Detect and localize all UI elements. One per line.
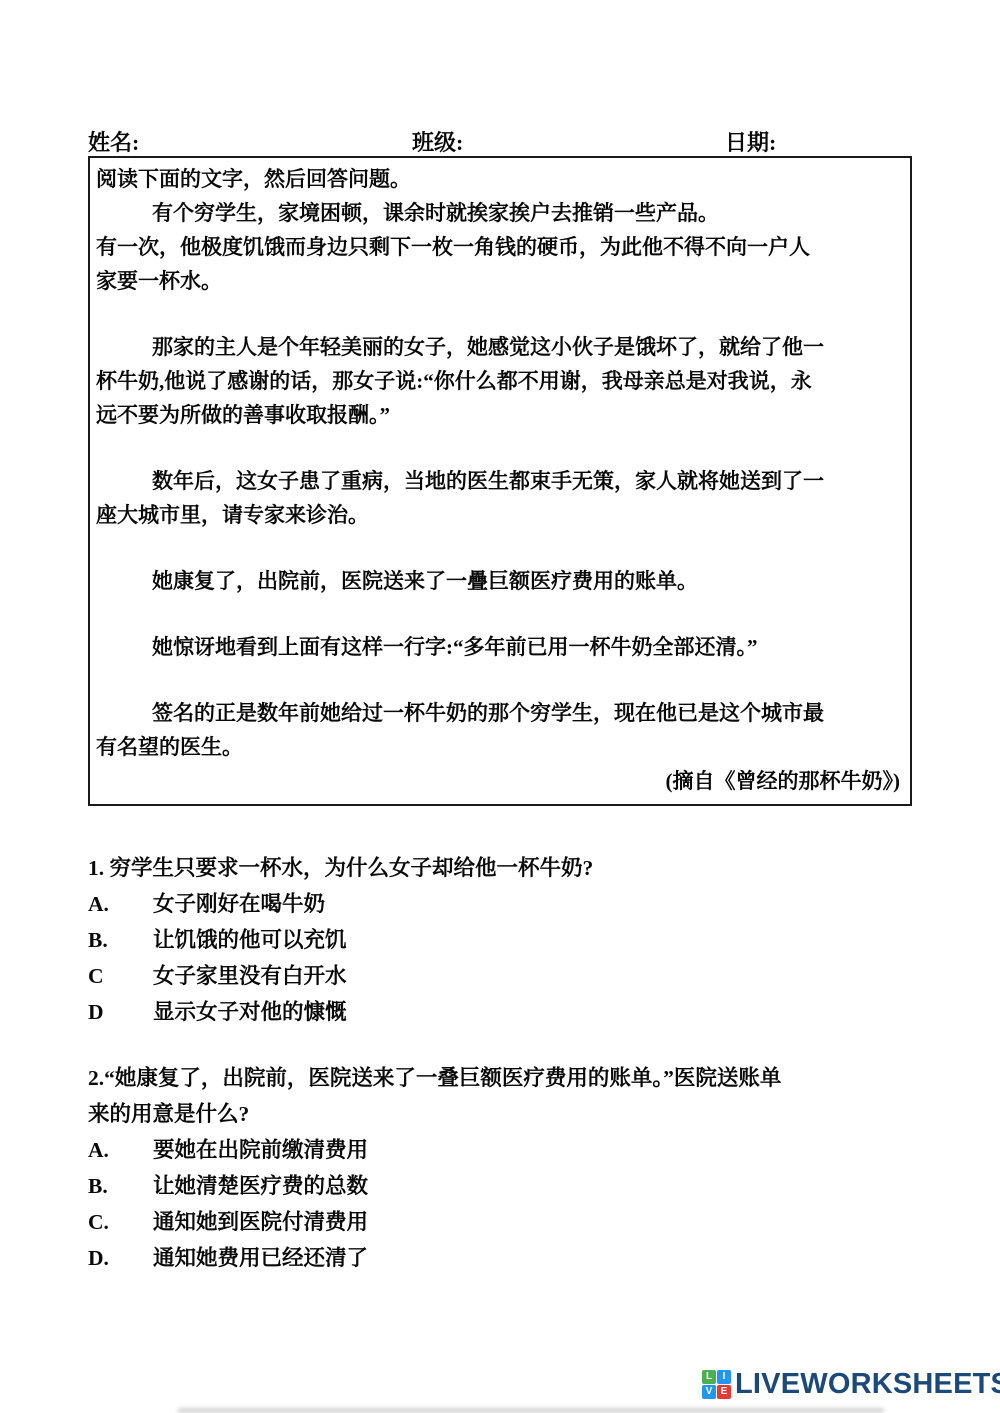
reading-passage-box: 阅读下面的文字，然后回答问题。 有个穷学生，家境困顿，课余时就挨家挨户去推销一些… <box>88 156 912 806</box>
liveworksheets-wordmark: LIVEWORKSHEETS <box>735 1368 1000 1401</box>
passage-line: 杯牛奶,他说了感谢的话，那女子说:“你什么都不用谢，我母亲总是对我说，永 <box>96 364 902 398</box>
passage-line: 座大城市里，请专家来诊治。 <box>96 498 902 532</box>
passage-attribution: (摘自《曾经的那杯牛奶》) <box>96 764 902 798</box>
question-1-option-c[interactable]: C 女子家里没有白开水 <box>88 958 914 994</box>
question-2: 2.“她康复了，出院前，医院送来了一叠巨额医疗费用的账单。”医院送账单 来的用意… <box>88 1060 914 1276</box>
option-letter: A. <box>88 1132 153 1168</box>
logo-tile-v: V <box>702 1385 716 1399</box>
passage-line: 她康复了，出院前，医院送来了一疊巨额医疗费用的账单。 <box>96 564 902 598</box>
date-label: 日期: <box>725 126 776 157</box>
option-text: 通知她费用已经还清了 <box>153 1240 368 1276</box>
option-text: 女子刚好在喝牛奶 <box>153 886 325 922</box>
liveworksheets-grid-icon: L I V E <box>702 1370 731 1399</box>
question-1-option-d[interactable]: D 显示女子对他的慷慨 <box>88 994 914 1030</box>
option-letter: B. <box>88 1168 153 1204</box>
passage-line: 那家的主人是个年轻美丽的女子，她感觉这小伙子是饿坏了，就给了他一 <box>96 330 902 364</box>
question-2-option-c[interactable]: C. 通知她到医院付清费用 <box>88 1204 914 1240</box>
option-text: 显示女子对他的慷慨 <box>153 994 347 1030</box>
option-text: 让她清楚医疗费的总数 <box>153 1168 368 1204</box>
option-text: 女子家里没有白开水 <box>153 958 347 994</box>
question-1-option-b[interactable]: B. 让饥饿的他可以充饥 <box>88 922 914 958</box>
option-letter: C. <box>88 1204 153 1240</box>
worksheet-page: { "document": { "header": { "name_label"… <box>0 0 1000 1413</box>
logo-tile-e: E <box>717 1385 731 1399</box>
option-text: 通知她到医院付清费用 <box>153 1204 368 1240</box>
name-label: 姓名: <box>88 126 139 157</box>
question-2-prompt-line-1: 2.“她康复了，出院前，医院送来了一叠巨额医疗费用的账单。”医院送账单 <box>88 1060 914 1096</box>
option-letter: D. <box>88 1240 153 1276</box>
question-2-option-b[interactable]: B. 让她清楚医疗费的总数 <box>88 1168 914 1204</box>
questions-section: 1. 穷学生只要求一杯水，为什么女子却给他一杯牛奶? A. 女子刚好在喝牛奶 B… <box>88 850 914 1276</box>
worksheet-header: 姓名: 班级: 日期: <box>0 126 1000 156</box>
question-2-prompt-line-2: 来的用意是什么? <box>88 1096 914 1132</box>
passage-line: 签名的正是数年前她给过一杯牛奶的那个穷学生，现在他已是这个城市最 <box>96 696 902 730</box>
question-2-option-d[interactable]: D. 通知她费用已经还清了 <box>88 1240 914 1276</box>
logo-tile-l: L <box>702 1370 716 1384</box>
passage-line: 数年后，这女子患了重病，当地的医生都束手无策，家人就将她送到了一 <box>96 464 902 498</box>
passage-line: 家要一杯水。 <box>96 264 902 298</box>
next-page-edge-smudge <box>178 1408 884 1413</box>
question-1-option-a[interactable]: A. 女子刚好在喝牛奶 <box>88 886 914 922</box>
option-letter: D <box>88 994 153 1030</box>
question-1-prompt: 1. 穷学生只要求一杯水，为什么女子却给他一杯牛奶? <box>88 850 914 886</box>
passage-line: 有名望的医生。 <box>96 730 902 764</box>
liveworksheets-logo[interactable]: L I V E LIVEWORKSHEETS <box>702 1368 1000 1401</box>
option-letter: B. <box>88 922 153 958</box>
class-label: 班级: <box>412 126 463 157</box>
passage-instruction: 阅读下面的文字，然后回答问题。 <box>96 162 902 196</box>
passage-line: 有个穷学生，家境困顿，课余时就挨家挨户去推销一些产品。 <box>96 196 902 230</box>
question-1: 1. 穷学生只要求一杯水，为什么女子却给他一杯牛奶? A. 女子刚好在喝牛奶 B… <box>88 850 914 1030</box>
option-text: 要她在出院前缴清费用 <box>153 1132 368 1168</box>
question-2-option-a[interactable]: A. 要她在出院前缴清费用 <box>88 1132 914 1168</box>
option-letter: C <box>88 958 153 994</box>
option-letter: A. <box>88 886 153 922</box>
passage-line: 远不要为所做的善事收取报酬。” <box>96 398 902 432</box>
passage-line: 有一次，他极度饥饿而身边只剩下一枚一角钱的硬币，为此他不得不向一户人 <box>96 230 902 264</box>
passage-line: 她惊讶地看到上面有这样一行字:“多年前已用一杯牛奶全部还清。” <box>96 630 902 664</box>
logo-tile-i: I <box>717 1370 731 1384</box>
option-text: 让饥饿的他可以充饥 <box>153 922 347 958</box>
